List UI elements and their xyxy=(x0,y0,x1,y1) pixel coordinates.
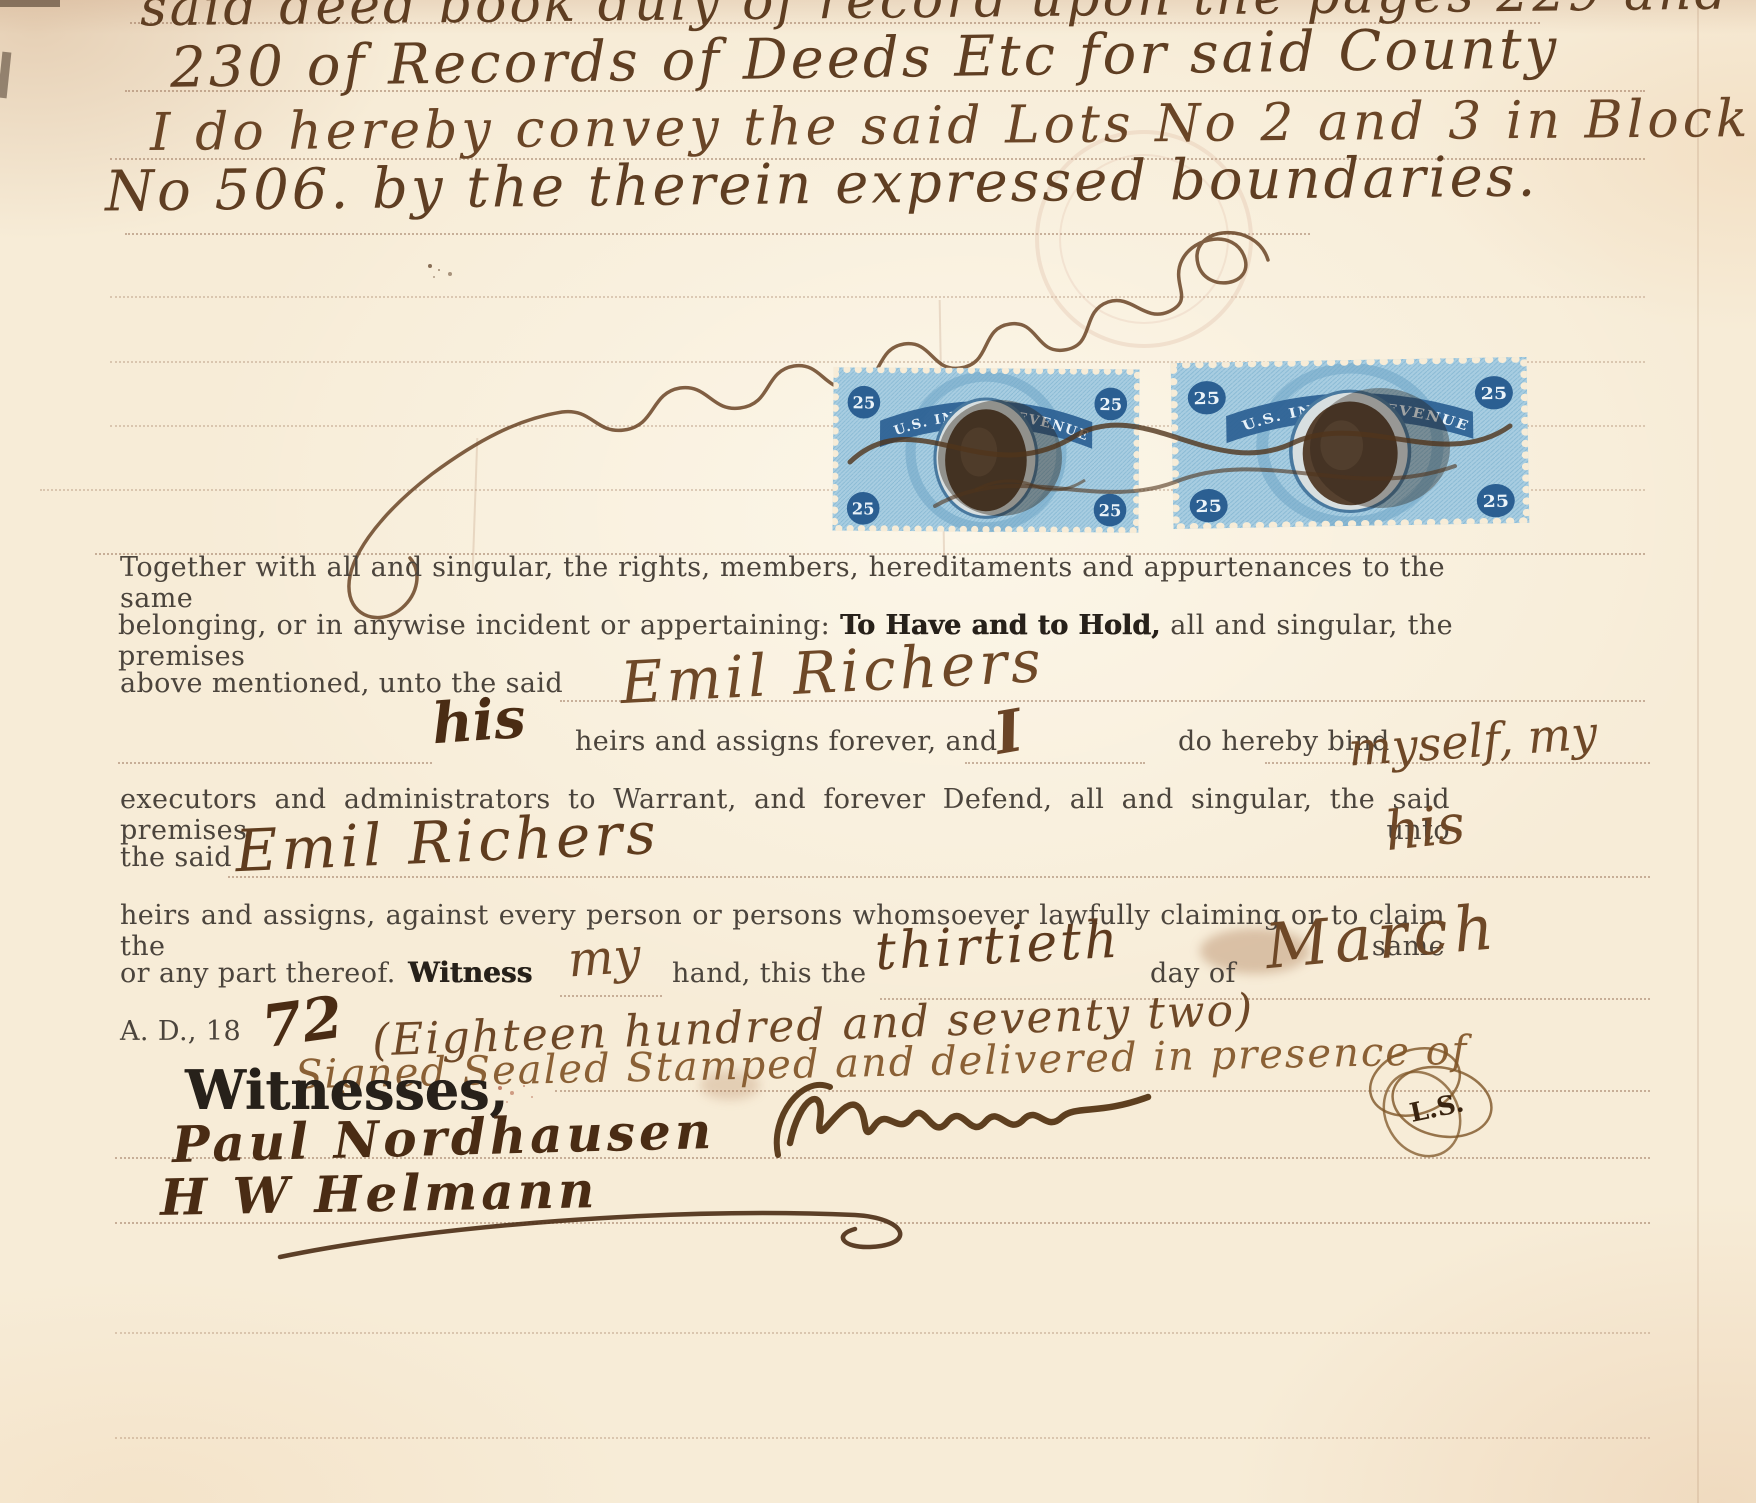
printed-text: the said xyxy=(120,842,232,873)
stamp-cancellation xyxy=(795,340,1555,560)
his-script: his xyxy=(1382,792,1468,863)
printed-text: day of xyxy=(1150,958,1236,989)
scan-edge-mark xyxy=(0,52,11,99)
my-script: my xyxy=(566,928,642,989)
signature-underline-flourish xyxy=(255,1185,955,1295)
printed-line: Together with all and singular, the righ… xyxy=(120,552,1445,614)
scan-edge-mark xyxy=(0,0,60,7)
ruled-line xyxy=(115,1332,1650,1334)
fill-in-line xyxy=(965,762,1145,764)
ruled-line xyxy=(115,1437,1650,1439)
printed-text: A. D., 18 xyxy=(120,1016,241,1047)
seal-flourish: L.S. xyxy=(1320,1030,1530,1180)
ls-seal-text: L.S. xyxy=(1407,1088,1466,1129)
grantor-signature-scrawl xyxy=(770,1055,1180,1175)
paper-crease xyxy=(1697,0,1699,1503)
year-script: 72 xyxy=(258,983,347,1062)
fill-in-line xyxy=(118,762,432,764)
printed-text: belonging, or in anywise incident or app… xyxy=(118,610,830,641)
handwritten-line: No 506. by the therein expressed boundar… xyxy=(105,144,1539,224)
printed-text: heirs and assigns forever, and xyxy=(575,726,998,757)
deed-document-page: U.S. INTER. REVENUE 25 25 25 25 U.S. xyxy=(0,0,1756,1503)
his-script: his xyxy=(430,685,528,757)
printed-text: or any part thereof. xyxy=(120,958,396,989)
printed-line: heirs and assigns, against every person … xyxy=(120,900,1445,962)
witness-word: Witness xyxy=(408,956,532,989)
fill-in-line xyxy=(560,995,662,997)
printed-text: hand, this the xyxy=(672,958,866,989)
i-script: I xyxy=(989,696,1028,768)
day-word-script: thirtieth xyxy=(874,910,1122,983)
myself-my-script: myself, my xyxy=(1346,705,1599,776)
